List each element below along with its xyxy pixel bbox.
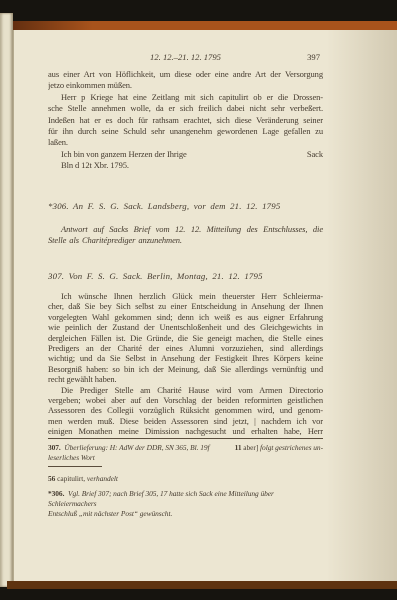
photo-black-border-top xyxy=(0,0,397,21)
text-line: Besorgniß haben: so bin ich der Meinung,… xyxy=(48,364,323,374)
variant-gloss: verhandelt xyxy=(87,474,118,483)
page-curvature-shadow xyxy=(326,30,397,583)
section-letter-305-end: aus einer Art von Höflichkeit, um diese … xyxy=(48,69,323,172)
text-line: Predigers an der Charité der eines Alumn… xyxy=(48,343,323,353)
text-line: Antwort auf Sacks Brief vom 12. 12. Mitt… xyxy=(48,224,323,235)
apparatus-line-ref: 11 xyxy=(235,443,242,452)
text-line: Ich wünsche Ihnen herzlich Glück mein th… xyxy=(48,291,323,301)
text-line: wie peinlich der Zustand der Unentschloß… xyxy=(48,322,323,332)
section-letter-307-heading: 307. Von F. S. G. Sack. Berlin, Montag, … xyxy=(48,271,323,282)
apparatus-source: Überlieferung: H: AdW der DDR, SN 365, B… xyxy=(64,443,209,452)
section-letter-307-body: Ich wünsche Ihnen herzlich Glück mein th… xyxy=(48,291,323,437)
apparatus-entry: 11 aber] folgt gestrichenes un- xyxy=(235,443,323,453)
apparatus-lemma: aber] xyxy=(243,443,258,452)
text-line: Stelle als Charitéprediger anzunehmen. xyxy=(48,235,323,246)
page-stack-edge xyxy=(0,13,13,587)
apparatus-divider-rule xyxy=(48,438,323,439)
section-letter-306-heading: *306. An F. S. G. Sack. Landsberg, vor d… xyxy=(48,201,323,212)
text-line: 307. Von F. S. G. Sack. Berlin, Montag, … xyxy=(48,271,323,282)
footnote-commentary: *306. Vgl. Brief 307; nach Brief 305, 17… xyxy=(48,489,323,518)
text-line: 55jetzo einkommen müßen. xyxy=(48,80,323,91)
text-line: sche Stelle annehmen wolle, da er sich f… xyxy=(48,103,323,114)
variant-lemma: capitulirt, xyxy=(57,474,85,483)
text-line: recht gewählt haben. xyxy=(48,374,323,384)
header-date-range: 12. 12.–21. 12. 1795 xyxy=(48,51,323,63)
text-line: cher, daß Sie bey Sich selbst zu einer E… xyxy=(48,301,323,311)
section-letter-306-regest: Antwort auf Sacks Brief vom 12. 12. Mitt… xyxy=(48,224,323,247)
commentary-number: *306. xyxy=(48,489,64,498)
text-line: wichtig; und da Sie Selbst in Ansehung d… xyxy=(48,353,323,363)
book-page: 12. 12.–21. 12. 1795 397 307. Überliefer… xyxy=(13,30,397,583)
footnote-line: *306. Vgl. Brief 307; nach Brief 305, 17… xyxy=(48,489,323,509)
footnote-number: 307. xyxy=(48,443,61,452)
text-line: Indeßen hat er es doch für rathsam erach… xyxy=(48,115,323,126)
footnote-line: 307. Überlieferung: H: AdW der DDR, SN 3… xyxy=(48,443,323,453)
signature: Sack xyxy=(307,149,323,160)
variant-line-ref: 56 xyxy=(48,474,55,483)
text-line: einigen Monathen meine Dimission nachges… xyxy=(48,426,323,436)
running-header: 12. 12.–21. 12. 1795 397 xyxy=(48,51,323,63)
text-line: vorgelegten Wahl gekommen sind; denn ich… xyxy=(48,312,323,322)
footnote-apparatus: 307. Überlieferung: H: AdW der DDR, SN 3… xyxy=(48,443,323,463)
closing-phrase: Ich bin von ganzem Herzen der Ihrige xyxy=(48,149,187,160)
variant-divider-rule xyxy=(48,466,102,467)
commentary-text-continued: Entschluß „mit nächster Post“ gewünscht. xyxy=(48,509,323,519)
text-line: Ich bin von ganzem Herzen der IhrigeSack xyxy=(48,149,323,160)
text-line: für ihn durch seine Schuld sehr unangene… xyxy=(48,126,323,137)
scanned-book-photo: { "palette":{ "page_bg":"#ece6d2","page_… xyxy=(0,0,397,600)
text-line: vergeben; wobei aber auf den Vorschlag d… xyxy=(48,395,323,405)
text-line: Assessoren des Collegii vorzüglich Rüksi… xyxy=(48,405,323,415)
text-line: 5dergleichen Fällen ist. Die Gründe, die… xyxy=(48,333,323,343)
page-number: 397 xyxy=(307,51,320,63)
text-line: 10Die Prediger Stelle am Charité Hause w… xyxy=(48,385,323,395)
apparatus-note: folgt gestrichenes un- xyxy=(260,443,323,452)
book-cover-edge-bottom xyxy=(7,581,397,589)
text-line: aus einer Art von Höflichkeit, um diese … xyxy=(48,69,323,80)
text-line: Bln d 12t Xbr. 1795. xyxy=(48,160,323,171)
text-line: *306. An F. S. G. Sack. Landsberg, vor d… xyxy=(48,201,323,212)
book-cover-edge-top xyxy=(7,21,397,30)
text-line: men werden muß. Diese beiden Assessoren … xyxy=(48,416,323,426)
apparatus-left: 307. Überlieferung: H: AdW der DDR, SN 3… xyxy=(48,443,210,453)
photo-black-border-bottom xyxy=(0,589,397,600)
apparatus-carryover: leserliches Wort xyxy=(48,453,323,463)
footnote-variant: 56 capitulirt, verhandelt xyxy=(48,474,323,484)
text-line: 60laßen. xyxy=(48,137,323,148)
commentary-text: Vgl. Brief 307; nach Brief 305, 17 hatte… xyxy=(48,489,274,508)
text-line: Herr p Kriege hat eine Zeitlang mit sich… xyxy=(48,92,323,103)
